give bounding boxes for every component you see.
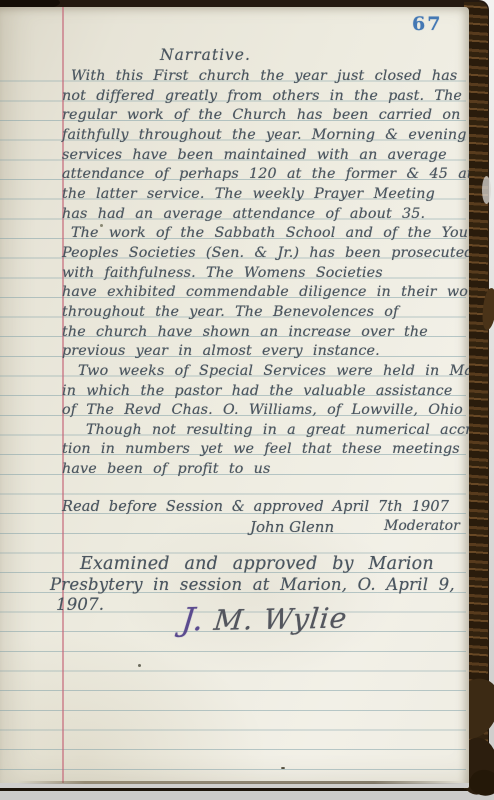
- narrative-line: attendance of perhaps 120 at the former …: [62, 165, 464, 185]
- moderator-signature: John Glenn: [250, 518, 334, 536]
- page-heading: Narrative.: [160, 46, 251, 64]
- narrative-line: With this First church the year just clo…: [62, 67, 464, 87]
- ledger-page: 67 Narrative. With this First church the…: [0, 7, 469, 788]
- ink-speck: [100, 224, 103, 227]
- binding-wear-hole: [482, 176, 491, 204]
- approval-line: Presbytery in session at Marion, O. Apri…: [50, 575, 460, 596]
- ink-speck: [281, 767, 285, 769]
- narrative-line: Two weeks of Special Services were held …: [62, 362, 464, 382]
- narrative-line: Peoples Societies (Sen. & Jr.) has been …: [62, 244, 464, 264]
- page-number: 67: [412, 13, 452, 35]
- signature-rest: M. Wylie: [203, 602, 350, 637]
- narrative-body: With this First church the year just clo…: [62, 67, 464, 480]
- narrative-line: has had an average attendance of about 3…: [62, 205, 464, 225]
- narrative-line: not differed greatly from others in the …: [62, 87, 464, 107]
- narrative-line: previous year in almost every instance.: [62, 342, 464, 362]
- narrative-line: have exhibited commendable diligence in …: [62, 283, 464, 303]
- narrative-line: of The Revd Chas. O. Williams, of Lowvil…: [62, 401, 464, 421]
- ink-speck: [138, 664, 141, 667]
- approval-line: Examined and approved by Marion: [50, 554, 460, 575]
- moderator-signature-row: John Glenn Moderator: [62, 518, 464, 538]
- scanned-ledger-photo: 67 Narrative. With this First church the…: [0, 0, 494, 800]
- narrative-line: with faithfulness. The Womens Societies: [62, 264, 464, 284]
- session-note-line: Read before Session & approved April 7th…: [62, 498, 464, 518]
- narrative-line: services have been maintained with an av…: [62, 146, 464, 166]
- session-approval-note: Read before Session & approved April 7th…: [62, 498, 464, 537]
- narrative-line: have been of profit to us: [62, 460, 464, 480]
- narrative-line: faithfully throughout the year. Morning …: [62, 126, 464, 146]
- narrative-line: throughout the year. The Benevolences of: [62, 303, 464, 323]
- narrative-line: in which the pastor had the valuable ass…: [62, 382, 464, 402]
- clerk-signature: J. M. Wylie: [180, 598, 350, 639]
- narrative-line: regular work of the Church has been carr…: [62, 106, 464, 126]
- narrative-line: Though not resulting in a great numerica…: [62, 421, 464, 441]
- page-bottom-edge: [18, 781, 463, 784]
- narrative-line: the church have shown an increase over t…: [62, 323, 464, 343]
- narrative-line: tion in numbers yet we feel that these m…: [62, 440, 464, 460]
- moderator-title: Moderator: [384, 518, 460, 534]
- narrative-line: the latter service. The weekly Prayer Me…: [62, 185, 464, 205]
- narrative-line: The work of the Sabbath School and of th…: [62, 224, 464, 244]
